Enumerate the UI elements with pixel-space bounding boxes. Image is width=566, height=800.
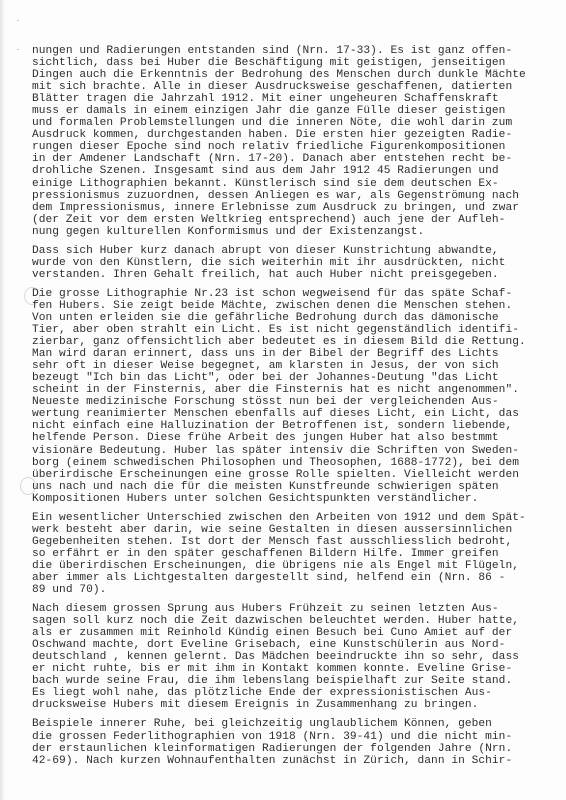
paragraph: nungen und Radierungen entstanden sind (… <box>32 45 552 238</box>
text-line: einige Lithographien bekannt. Künstleris… <box>32 178 552 190</box>
text-line: nungen und Radierungen entstanden sind (… <box>32 45 552 57</box>
text-line: scheint in der Finsternis, aber die Fins… <box>32 384 552 396</box>
text-line: Beispiele innerer Ruhe, bei gleichzeitig… <box>32 718 552 730</box>
text-line: deutschland , kennen gelernt. Das Mädche… <box>32 651 552 663</box>
text-line: pressionismus zuzuordnen, dessen Anliege… <box>32 190 552 202</box>
text-line: Kompositionen Hubers unter solchen Gesic… <box>32 493 552 505</box>
text-line: fen Hubers. Sie zeigt beide Mächte, zwis… <box>32 300 552 312</box>
text-line: Dass sich Huber kurz danach abrupt von d… <box>32 245 552 257</box>
text-line: Oschwand machte, dort Eveline Grisebach,… <box>32 639 552 651</box>
text-line: bezeugt "Ich bin das Licht", oder bei de… <box>32 372 552 384</box>
text-line: so erfährt er in den später geschaffenen… <box>32 548 552 560</box>
text-line: 42-69). Nach kurzen Wohnaufenthalten zun… <box>32 755 552 767</box>
paragraph: Dass sich Huber kurz danach abrupt von d… <box>32 245 552 281</box>
text-line: wertung reanimierter Menschen ebenfalls … <box>32 408 552 420</box>
text-line: Man wird daran erinnert, dass uns in der… <box>32 348 552 360</box>
typewritten-page: nungen und Radierungen entstanden sind (… <box>32 45 552 774</box>
text-line: Tier, aber oben strahlt ein Licht. Es is… <box>32 324 552 336</box>
text-line: uns nach und nach die für die meisten Ku… <box>32 481 552 493</box>
text-line: aber immer als Lichtgestalten dargestell… <box>32 572 552 584</box>
text-line: Ausdruck kommen, durchgestanden haben. D… <box>32 129 552 141</box>
text-line: wurde von den Künstlern, die sich weiter… <box>32 257 552 269</box>
text-line: visionäre Bedeutung. Huber las später in… <box>32 445 552 457</box>
text-line: Die grosse Lithographie Nr.23 ist schon … <box>32 288 552 300</box>
text-line: er nicht ruhte, bis er mit ihm in Kontak… <box>32 663 552 675</box>
text-line: sichtlich, dass bei Huber die Beschäftig… <box>32 57 552 69</box>
text-line: drucksweise Hubers mit diesem Ereignis i… <box>32 699 552 711</box>
paragraph: Die grosse Lithographie Nr.23 ist schon … <box>32 288 552 505</box>
text-line: sehr oft in dieser Weise begegnet, am kl… <box>32 360 552 372</box>
text-line: verstanden. Ihren Gehalt freilich, hat a… <box>32 269 552 281</box>
scan-speck <box>17 20 19 21</box>
text-line: die grossen Federlithographien von 1918 … <box>32 731 552 743</box>
scan-page-edge <box>0 0 5 800</box>
text-line: Blätter tragen die Jahrzahl 1912. Mit ei… <box>32 93 552 105</box>
text-line: borg (einem schwedischen Philosophen und… <box>32 457 552 469</box>
text-line: die überirdischen Erscheinungen, die übr… <box>32 560 552 572</box>
text-line: Es liegt wohl nahe, das plötzliche Ende … <box>32 687 552 699</box>
text-line: drohliche Szenen. Insgesamt sind aus dem… <box>32 165 552 177</box>
text-line: Dingen auch die Erkenntnis der Bedrohung… <box>32 69 552 81</box>
text-line: zierbar, ganz offensichtlich aber bedeut… <box>32 336 552 348</box>
text-line: helfende Person. Diese frühe Arbeit des … <box>32 432 552 444</box>
paragraph: Ein wesentlicher Unterschied zwischen de… <box>32 512 552 596</box>
text-line: muss er damals in einem einzigen Jahr di… <box>32 105 552 117</box>
text-line: Nach diesem grossen Sprung aus Hubers Fr… <box>32 603 552 615</box>
text-line: bach wurde seine Frau, die ihm lebenslan… <box>32 675 552 687</box>
text-line: nicht einfach eine Halluzination der Bet… <box>32 420 552 432</box>
paragraph: Nach diesem grossen Sprung aus Hubers Fr… <box>32 603 552 711</box>
text-line: Gegebenheiten stehen. Ist dort der Mensc… <box>32 536 552 548</box>
text-line: der erstaunlichen kleinformatigen Radier… <box>32 743 552 755</box>
scan-speck <box>17 49 19 50</box>
text-line: in der Amdener Landschaft (Nrn. 17-20). … <box>32 153 552 165</box>
text-line: Ein wesentlicher Unterschied zwischen de… <box>32 512 552 524</box>
text-line: sagen soll kurz noch die Zeit dazwischen… <box>32 615 552 627</box>
paragraph: Beispiele innerer Ruhe, bei gleichzeitig… <box>32 718 552 766</box>
text-line: (der Zeit vor dem ersten Weltkrieg entsp… <box>32 214 552 226</box>
text-line: dem Impressionismus, innere Erlebnisse z… <box>32 202 552 214</box>
text-line: Von unten erleiden sie die gefährliche B… <box>32 312 552 324</box>
text-line: Neueste medizinische Forschung stösst nu… <box>32 396 552 408</box>
text-line: mit sich brachte. Alle in dieser Ausdruc… <box>32 81 552 93</box>
text-line: rungen dieser Epoche sind noch relativ f… <box>32 141 552 153</box>
text-line: als er zusammen mit Reinhold Kündig eine… <box>32 627 552 639</box>
text-line: werk besteht aber darin, wie seine Gesta… <box>32 524 552 536</box>
text-line: überirdische Erscheinungen eine grosse R… <box>32 469 552 481</box>
text-line: 89 und 70). <box>32 584 552 596</box>
text-line: und formalen Problemstellungen und die i… <box>32 117 552 129</box>
text-line: nung gegen kulturellen Konformismus und … <box>32 226 552 238</box>
